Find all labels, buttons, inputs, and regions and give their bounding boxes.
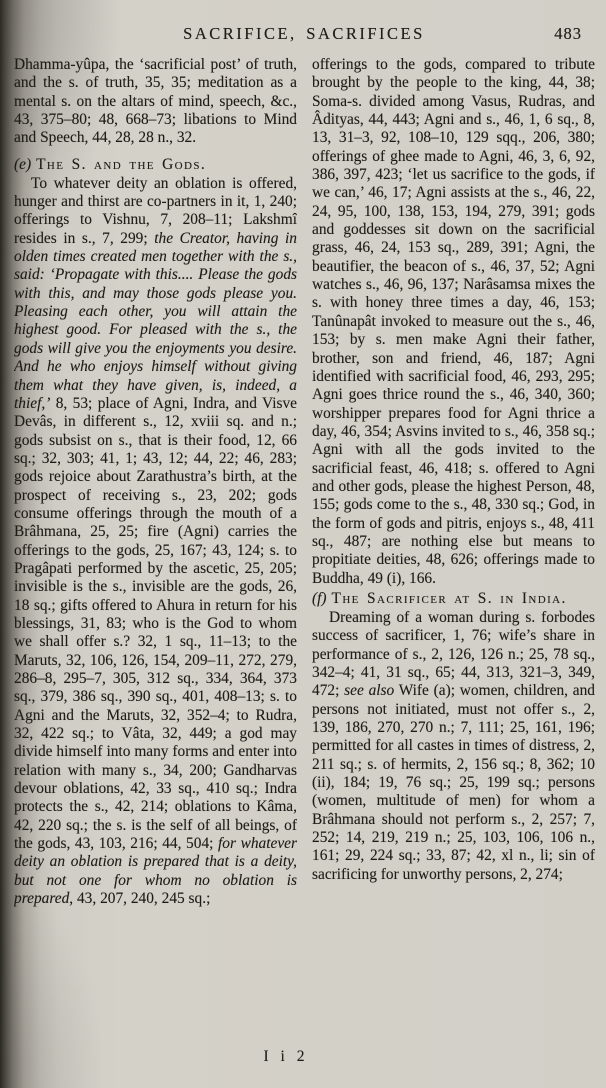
paragraph-sacrificer: Dreaming of a woman during s. forbodes s… — [312, 609, 595, 884]
paragraph-gods-quote-italic: the Creator, having in olden times creat… — [14, 230, 297, 412]
book-page-scan: SACRIFICE, SACRIFICES 483 Dhamma-yûpa, t… — [0, 0, 606, 1088]
paragraph-gods-seg3: 8, 53; place of Agni, Indra, and Visve D… — [14, 395, 297, 852]
section-heading-f: (f)The Sacrificer at S. in India. — [312, 589, 595, 608]
index-entry-dhamma-yupa: Dhamma-yûpa, the ‘sacrificial post’ of t… — [14, 56, 297, 148]
text-block: Dhamma-yûpa, the ‘sacrificial post’ of t… — [14, 56, 595, 1066]
paragraph-sacrificer-seg3: Wife (a); women, children, and persons n… — [312, 682, 595, 882]
section-title-e: The S. and the Gods. — [36, 156, 206, 173]
page-title: SACRIFICE, SACRIFICES — [14, 24, 594, 44]
page-number: 483 — [554, 24, 582, 44]
printers-signature: I i 2 — [246, 1048, 326, 1066]
left-column: Dhamma-yûpa, the ‘sacrificial post’ of t… — [14, 56, 297, 1066]
paragraph-gods-seg5: , 43, 207, 240, 245 sq.; — [69, 890, 210, 907]
paragraph-continuation: offerings to the gods, compared to tribu… — [312, 56, 595, 588]
section-letter-f: (f) — [312, 590, 327, 607]
paragraph-gods: To whatever deity an oblation is offered… — [14, 175, 297, 909]
running-head: SACRIFICE, SACRIFICES 483 — [14, 24, 594, 46]
section-letter-e: (e) — [14, 156, 31, 173]
section-heading-e: (e)The S. and the Gods. — [14, 155, 297, 174]
right-column: offerings to the gods, compared to tribu… — [312, 56, 595, 1066]
section-title-f: The Sacrificer at S. in India. — [332, 590, 567, 607]
see-also-italic: see also — [344, 682, 394, 699]
